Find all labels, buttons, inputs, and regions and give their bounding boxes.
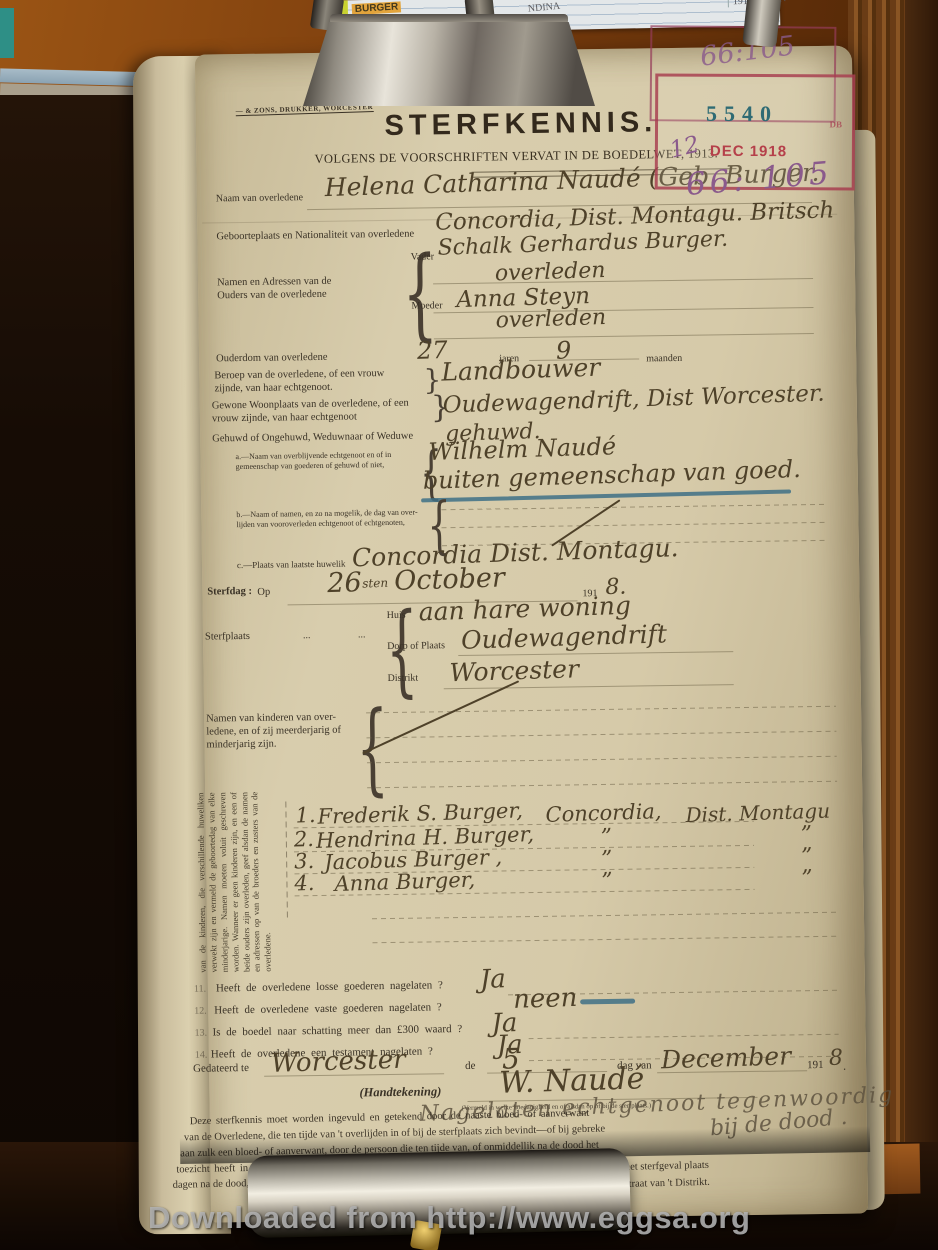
child-row-1-num: 1.: [295, 803, 316, 828]
ouders-label: Namen en Adressen van de Ouders van de o…: [217, 274, 397, 303]
marginal-note-text: van de kinderen, die verschillende huwel…: [195, 791, 308, 973]
ouderdom-label: Ouderdom van overledene: [216, 352, 328, 365]
teal-mark: [0, 8, 14, 58]
dated-prefix: Gedateerd te: [193, 1062, 249, 1075]
beroep-value: Landbouwer: [441, 353, 601, 387]
vooroverleden-label-line2: lijden van vooroverleden echtgenoot of e…: [236, 518, 404, 529]
children-blank-rule-1: [372, 912, 837, 919]
kinderen-label-line2: ledene, en of zij meerderjarig of: [206, 725, 341, 738]
echtgenoot-label-line2: gemeenschap van goederen of gehuwd of ni…: [236, 460, 385, 471]
woonplaats-label-line1: Gewone Woonplaats van de overledene, of …: [212, 398, 409, 412]
dark-background-left: [0, 95, 148, 1250]
moeder-label: Moeder: [411, 300, 442, 311]
child-row-4-num: 4.: [294, 871, 315, 896]
echtgenoot-label: a.—Naam van overblijvende echtgenoot en …: [235, 449, 425, 472]
beroep-label-line2: zijnde, van haar echtgenoot.: [214, 382, 332, 395]
distrikt-label: Distrikt: [388, 673, 419, 684]
kinderen-line4: [367, 781, 837, 789]
ouders-label-line1: Namen en Adressen van de: [217, 276, 331, 289]
naam-label: Naam van overledene: [216, 192, 303, 204]
q12-label: Heeft de overledene vaste goederen nagel…: [214, 1001, 442, 1016]
sterfplaats-label: Sterfplaats: [205, 631, 250, 643]
stamp-date: DEC 1918: [710, 143, 787, 160]
q13-rule: [529, 1034, 839, 1039]
woonplaats-label: Gewone Woonplaats van de overledene, of …: [212, 396, 437, 425]
moeder-status-underline: [434, 333, 814, 339]
q13-label: Is de boedel naar schatting meer dan £30…: [212, 1023, 462, 1038]
geboorteplaats-label: Geboorteplaats en Nationaliteit van over…: [216, 229, 414, 243]
stamp-number: 5540: [706, 101, 778, 127]
dated-de: de: [465, 1060, 476, 1072]
photo-of-death-notice: BURGER NDINA 1919 KEN — & ZONS, DRUKKER,…: [0, 0, 938, 1250]
q11-num: 11.: [194, 984, 206, 995]
dated-period: .: [843, 1059, 846, 1074]
maanden-label: maanden: [646, 353, 682, 365]
moeder-status: overleden: [495, 305, 606, 333]
sterfdag-label: Sterfdag :: [207, 586, 252, 598]
kinderen-line1: [366, 706, 836, 714]
kinderen-label: Namen van kinderen van over- ledene, en …: [206, 710, 357, 751]
kinderen-line2: [366, 731, 836, 739]
form-title: STERFKENNIS.: [351, 106, 691, 144]
huis-label: Huis: [387, 610, 406, 621]
beroep-label: Beroep van de overledene, of een vrouw z…: [214, 366, 429, 395]
b-line1: [441, 504, 826, 510]
child-row-4-name: Anna Burger,: [334, 868, 475, 896]
children-blank-rule-2: [372, 936, 837, 943]
b-line2: [442, 522, 827, 528]
beroep-label-line1: Beroep van de overledene, of een vrouw: [214, 368, 384, 381]
q11-label: Heeft de overledene losse goederen nagel…: [216, 979, 443, 994]
sterfdag-day: 26: [327, 567, 362, 599]
book-cover-edge: [905, 0, 938, 1250]
stamp-small-mark: DB: [829, 119, 842, 129]
woonplaats-label-line2: vrouw zijnde, van haar echtgenoot: [212, 412, 357, 425]
kinderen-label-line3: minderjarig zijn.: [206, 739, 276, 751]
death-notice-form-page: — & ZONS, DRUKKER, WORCESTER STERFKENNIS…: [195, 45, 868, 1222]
gehuwd-label: Gehuwd of Ongehuwd, Weduwnaar of Weduwe: [212, 431, 413, 445]
card-name-fragment: NDINA: [527, 1, 560, 15]
sterfplaats-dots1: ...: [303, 630, 311, 641]
q12-answer: neen: [513, 983, 578, 1015]
receipt-stamp-frame: 5540 DB DEC 1918 12 66: 105: [655, 73, 856, 190]
dorp-label: Dorp of Plaats: [387, 640, 445, 652]
kinderen-line3: [367, 756, 837, 764]
vader-underline: [433, 278, 813, 284]
kinderen-label-line1: Namen van kinderen van over-: [206, 712, 336, 725]
marginal-note: van de kinderen, die verschillende huwel…: [195, 791, 310, 975]
eggsa-watermark: Downloaded from http://www.eggsa.org: [148, 1200, 750, 1236]
q12-num: 12.: [194, 1006, 207, 1017]
stamp-day-handwriting: 12: [667, 132, 702, 164]
top-right-clip-handle: [742, 0, 781, 48]
handtekening-label: (Handtekening): [359, 1084, 441, 1100]
vader-label: Vader: [411, 251, 434, 262]
ouders-label-line2: Ouders van de overledene: [217, 289, 326, 302]
child-row-4-district: ”: [801, 866, 813, 891]
dated-month: December: [661, 1041, 792, 1074]
vooroverleden-label: b.—Naam of namen, en zo na mogelik, de d…: [236, 507, 441, 530]
woonplaats-value: Oudewagendrift, Dist Worcester.: [442, 381, 825, 419]
sterfdag-op: Op: [257, 587, 270, 598]
sterfplaats-dots2: ...: [358, 629, 366, 640]
q14-num: 14.: [195, 1050, 208, 1061]
child-row-2-num: 2.: [293, 827, 314, 852]
top-clip-body: [303, 22, 595, 106]
q11-answer: Ja: [479, 964, 506, 995]
dorp-value: Oudewagendrift: [461, 619, 668, 654]
dated-year-value: 8: [829, 1046, 844, 1071]
q12-blue-dash: [580, 999, 635, 1005]
sterfdag-ordinal: sten: [362, 576, 388, 591]
q13-num: 13.: [194, 1028, 207, 1039]
child-row-3-num: 3.: [294, 849, 315, 874]
dated-year-prefix: 191: [807, 1059, 824, 1071]
